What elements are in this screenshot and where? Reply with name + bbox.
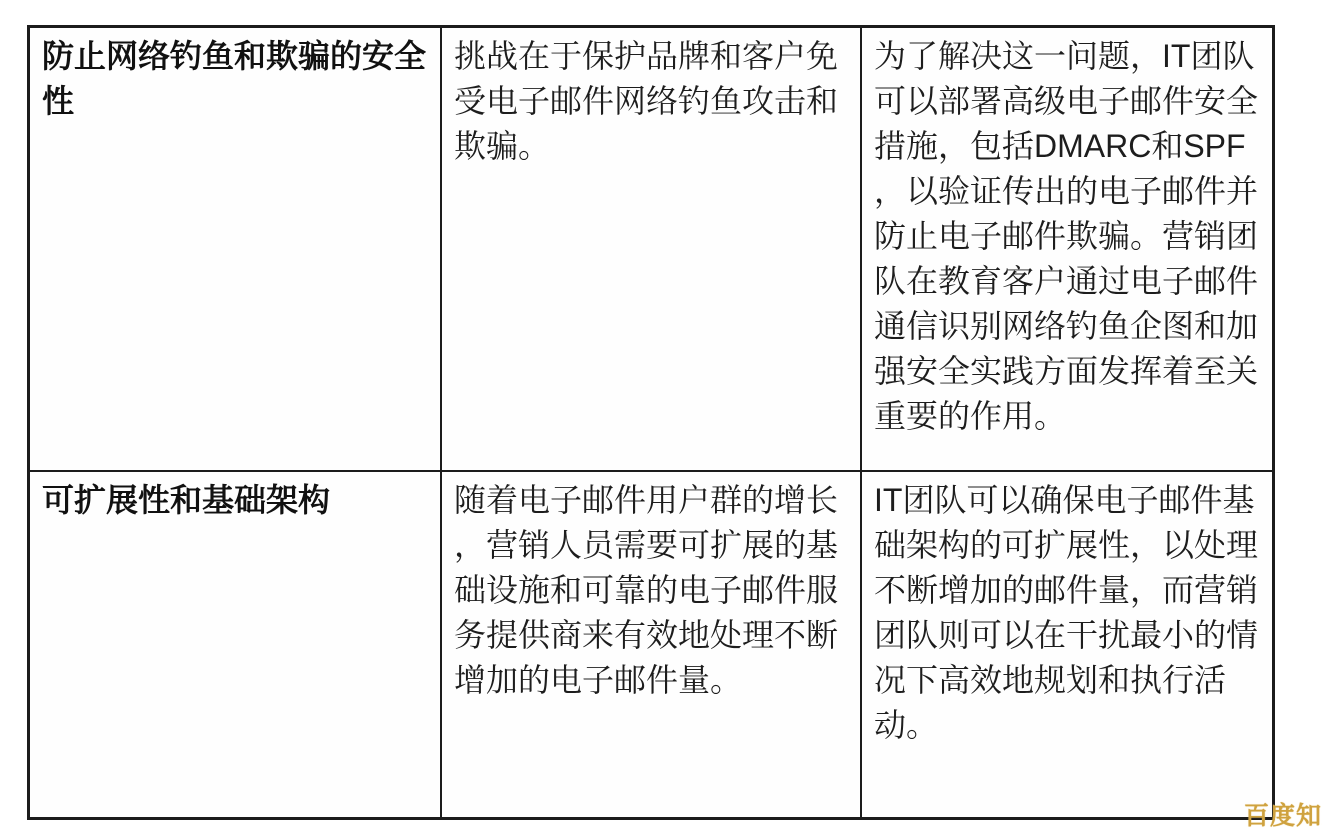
table-cell-row1-challenge: 挑战在于保护品牌和客户免 受电子邮件网络钓鱼攻击和 欺骗。: [442, 28, 862, 472]
table-cell-row2-solution: IT团队可以确保电子邮件基 础架构的可扩展性，以处理 不断增加的邮件量，而营销 …: [862, 472, 1272, 817]
table-cell-row1-solution: 为了解决这一问题，IT团队 可以部署高级电子邮件安全 措施，包括DMARC和SP…: [862, 28, 1272, 472]
page: { "table": { "rows": [ { "feature": ["防止…: [0, 0, 1322, 836]
table-cell-row2-feature: 可扩展性和基础架构: [30, 472, 442, 817]
baidu-zhidao-watermark: 百度知道: [1244, 796, 1322, 832]
table-cell-row2-challenge: 随着电子邮件用户群的增长 ，营销人员需要可扩展的基 础设施和可靠的电子邮件服 务…: [442, 472, 862, 817]
comparison-table: 防止网络钓鱼和欺骗的安全 性 挑战在于保护品牌和客户免 受电子邮件网络钓鱼攻击和…: [27, 25, 1275, 820]
table-cell-row1-feature: 防止网络钓鱼和欺骗的安全 性: [30, 28, 442, 472]
